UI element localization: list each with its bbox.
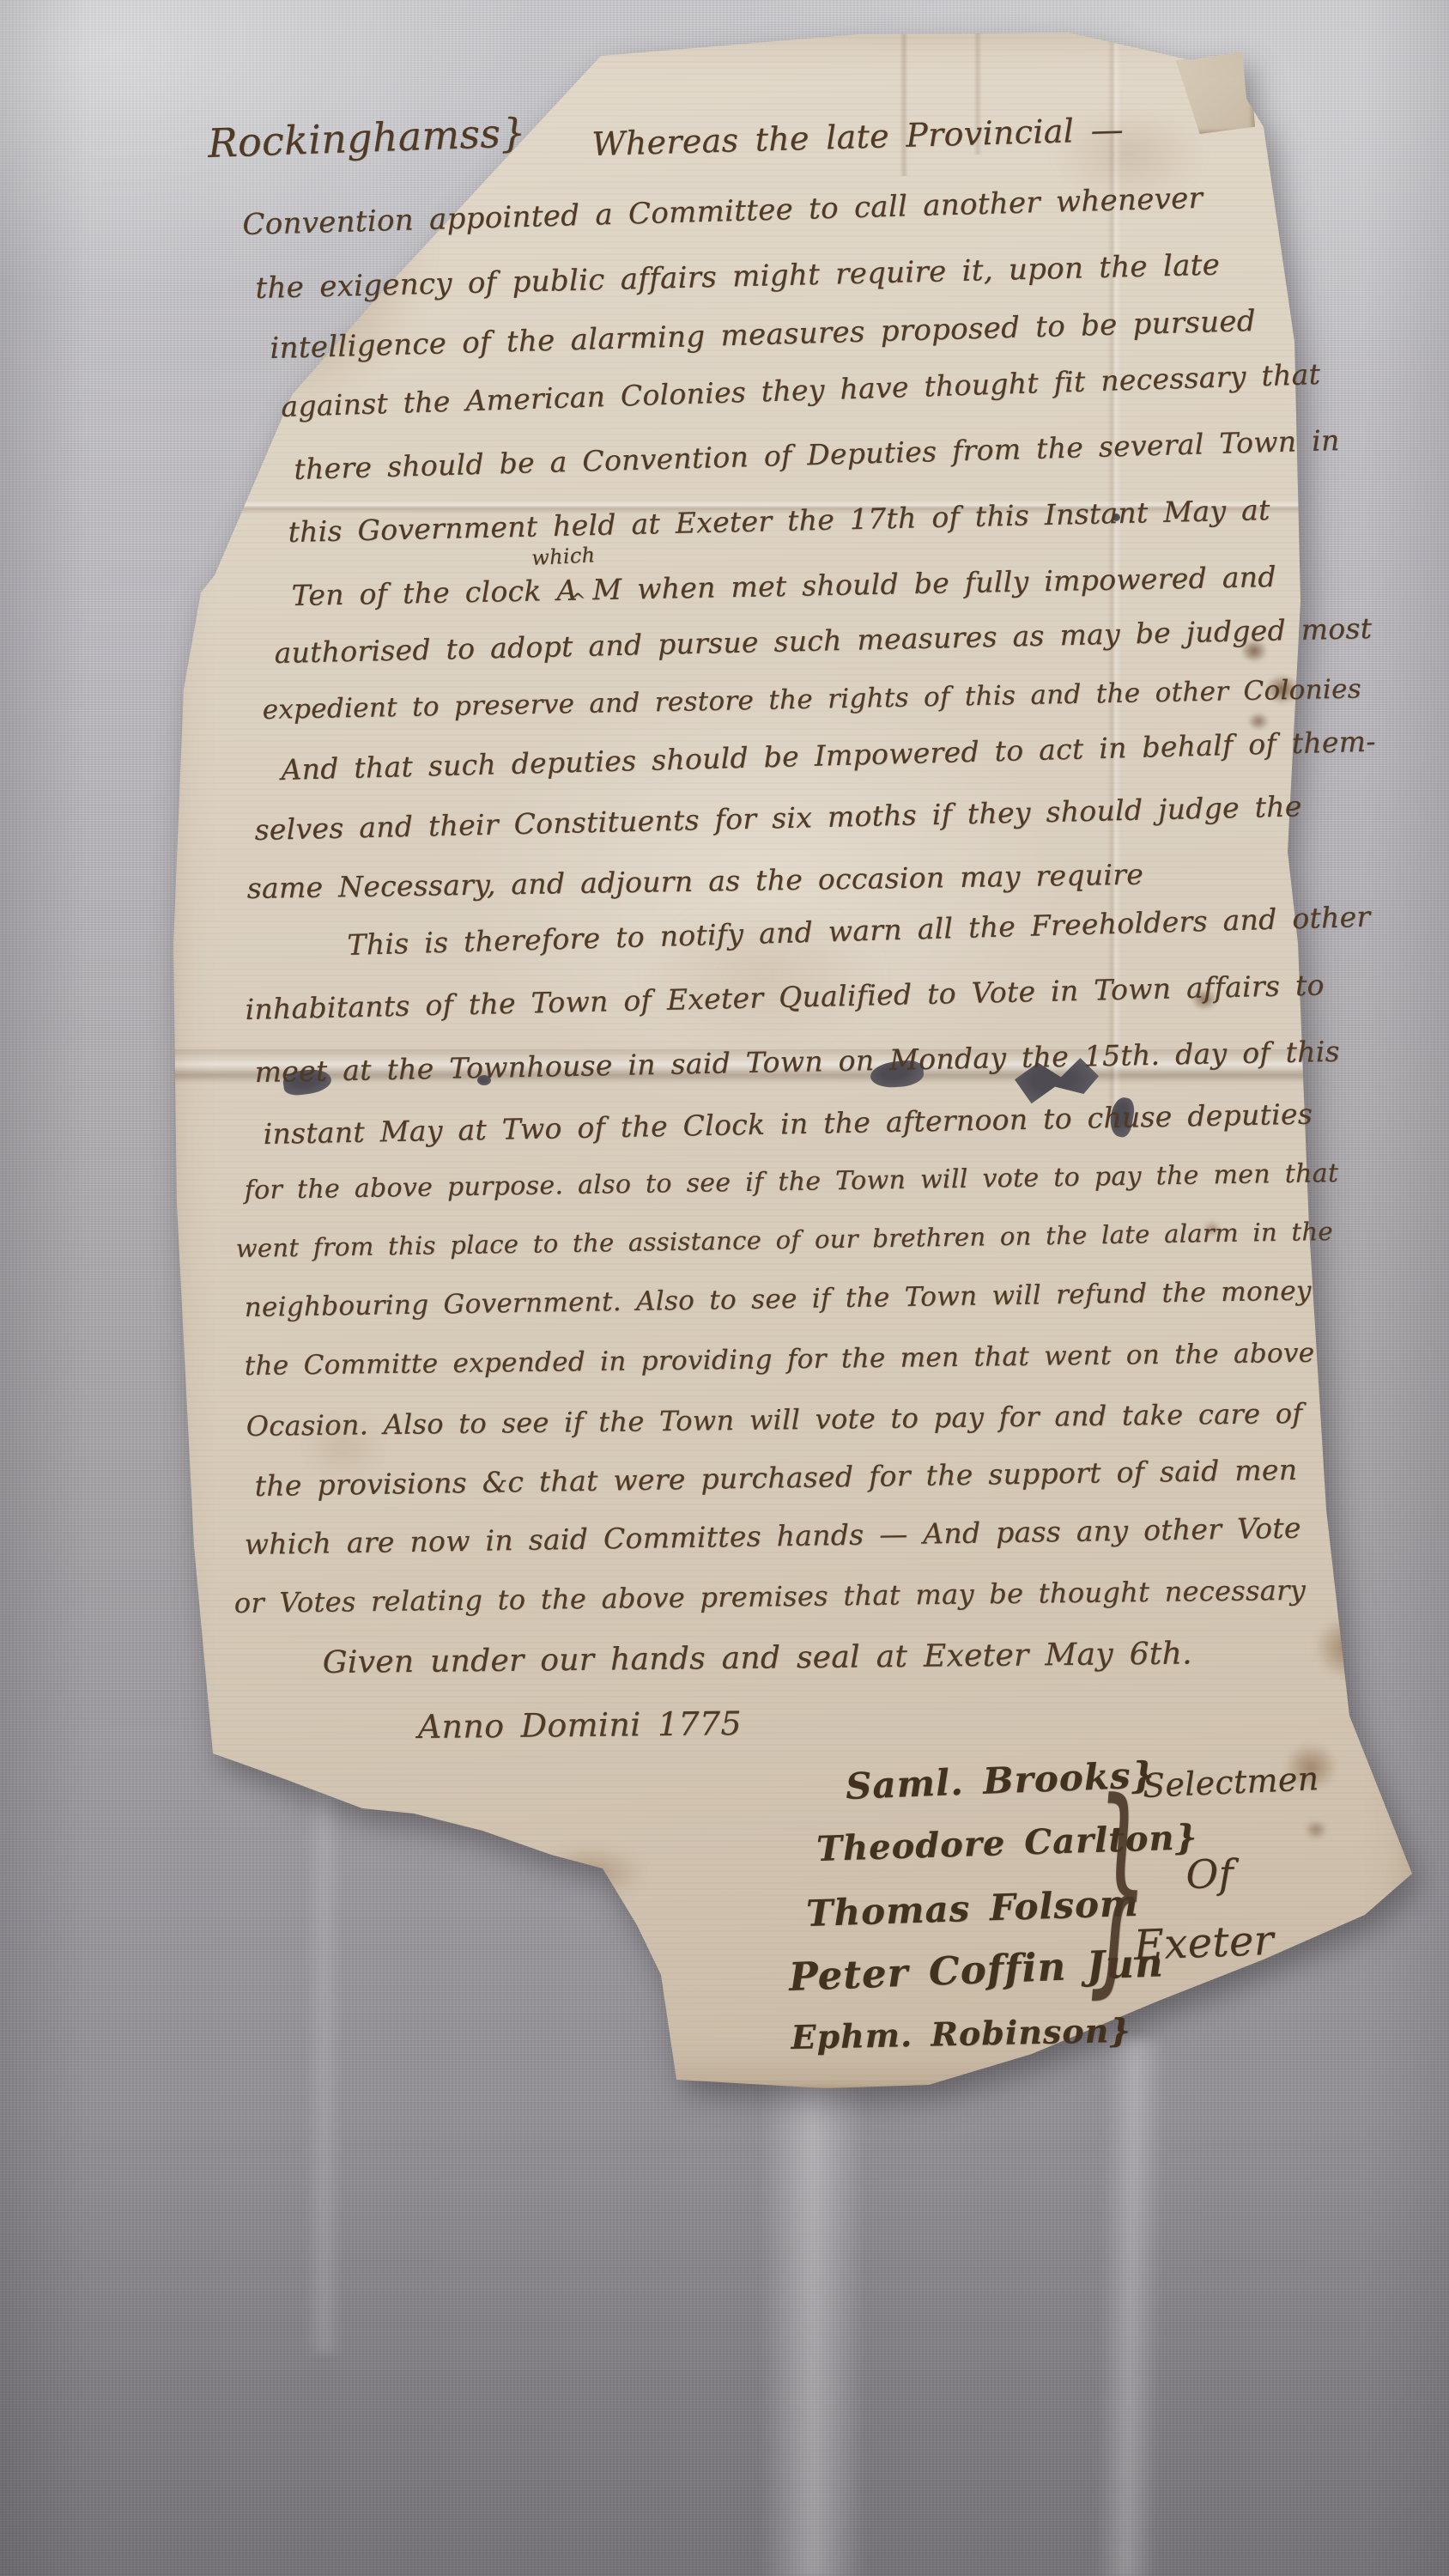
manuscript-paper <box>163 26 1416 2088</box>
light-reflection <box>1096 2038 1166 2576</box>
light-reflection <box>760 2057 867 2576</box>
light-reflection <box>305 1752 343 2353</box>
photo-of-manuscript: Rockinghamss} Whereas the late Provincia… <box>0 0 1449 2576</box>
paper-edge-vignette <box>163 26 1416 2088</box>
